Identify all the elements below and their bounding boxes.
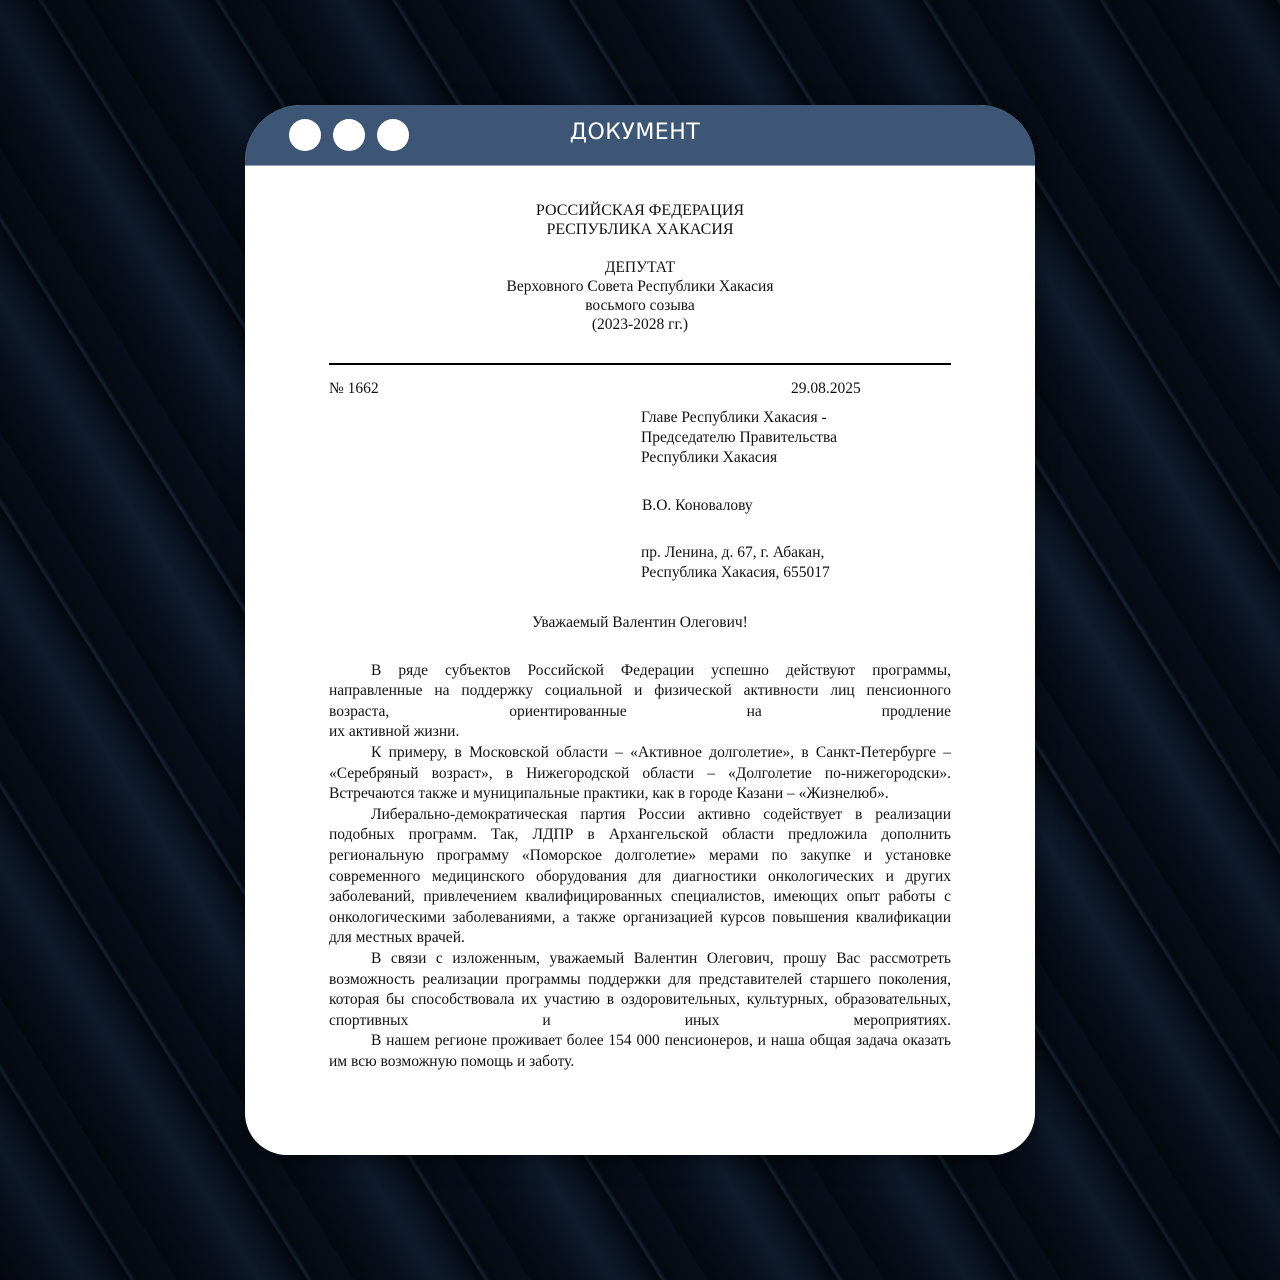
letter-number: № 1662 [329, 379, 379, 400]
body-paragraph: их активной жизни. [329, 722, 951, 743]
letter-meta: № 1662 29.08.2025 [329, 379, 951, 400]
letterhead-country: РОССИЙСКАЯ ФЕДЕРАЦИЯ [329, 201, 951, 220]
greeting: Уважаемый Валентин Олегович! [329, 613, 951, 634]
addressee-name: В.О. Коновалову [641, 496, 951, 516]
addressee-position-line: Главе Республики Хакасия - [641, 408, 951, 428]
letterhead-state: РОССИЙСКАЯ ФЕДЕРАЦИЯ РЕСПУБЛИКА ХАКАСИЯ [329, 201, 951, 239]
window-titlebar: ДОКУМЕНТ [245, 105, 1035, 166]
body-paragraph: Либерально-демократическая партия России… [329, 805, 951, 949]
letter-page: РОССИЙСКАЯ ФЕДЕРАЦИЯ РЕСПУБЛИКА ХАКАСИЯ … [329, 165, 951, 1072]
addressee-block: Главе Республики Хакасия - Председателю … [641, 408, 951, 583]
letterhead-title: ДЕПУТАТ [329, 258, 951, 277]
addressee-position-line: Председателю Правительства [641, 428, 951, 448]
letterhead-republic: РЕСПУБЛИКА ХАКАСИЯ [329, 220, 951, 239]
letter-date: 29.08.2025 [791, 379, 861, 400]
body-paragraph: В ряде субъектов Российской Федерации ус… [329, 661, 951, 723]
window-title-text: ДОКУМЕНТ [570, 120, 700, 145]
body-paragraph: В нашем регионе проживает более 154 000 … [329, 1031, 951, 1072]
letterhead-term: (2023-2028 гг.) [329, 315, 951, 334]
letter-body: В ряде субъектов Российской Федерации ус… [329, 661, 951, 1073]
letterhead-convocation: восьмого созыва [329, 296, 951, 315]
letterhead-deputy: ДЕПУТАТ Верховного Совета Республики Хак… [329, 258, 951, 334]
letterhead-divider [329, 363, 951, 365]
addressee-address-line: пр. Ленина, д. 67, г. Абакан, [641, 543, 951, 563]
document-window: ДОКУМЕНТ РОССИЙСКАЯ ФЕДЕРАЦИЯ РЕСПУБЛИКА… [245, 105, 1035, 1155]
addressee-address-line: Республика Хакасия, 655017 [641, 563, 951, 583]
body-paragraph: К примеру, в Московской области – «Актив… [329, 743, 951, 805]
body-paragraph: В связи с изложенным, уважаемый Валентин… [329, 949, 951, 1031]
addressee-position-line: Республики Хакасия [641, 448, 951, 468]
window-title: ДОКУМЕНТ [245, 120, 1035, 145]
letterhead-body: Верховного Совета Республики Хакасия [329, 277, 951, 296]
